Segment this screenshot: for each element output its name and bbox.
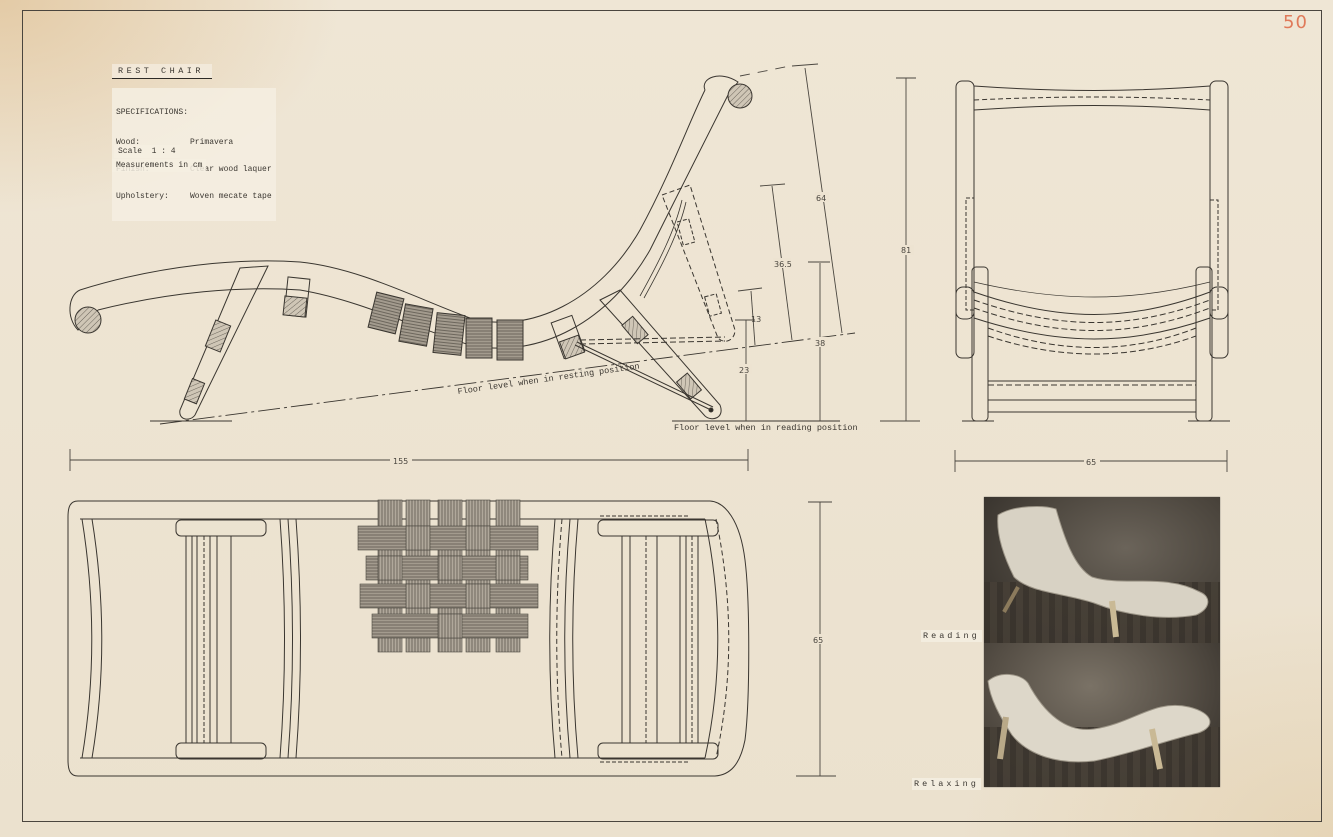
dim-leg-offset: 13 <box>751 315 761 324</box>
side-view-dimensions <box>70 64 842 471</box>
woven-tape-sample <box>358 500 538 652</box>
dim-plan-width: 65 <box>813 636 823 645</box>
photo-label-relaxing: Relaxing <box>912 778 981 790</box>
chair-silhouette-relaxing <box>984 643 1220 787</box>
reading-floor-note: Floor level when in reading position <box>674 423 858 433</box>
chair-reading-position-photo <box>984 497 1220 643</box>
dim-overall-length: 155 <box>393 457 408 466</box>
resting-floor-note: Floor level when in resting position <box>457 362 640 397</box>
dim-mid-height: 36.5 <box>774 260 792 269</box>
photo-label-reading: Reading <box>921 630 982 642</box>
photo-mount <box>984 497 1220 787</box>
chair-silhouette-reading <box>984 497 1220 643</box>
front-view <box>955 81 1230 421</box>
front-view-dimensions <box>880 78 1227 472</box>
chair-relaxing-position-photo <box>984 643 1220 787</box>
drawing-sheet: 50 REST CHAIR SPECIFICATIONS: Wood: Prim… <box>0 0 1333 837</box>
dim-floor-offset: 23 <box>739 366 749 375</box>
dim-seat-height: 38 <box>815 339 825 348</box>
dim-backrest-height: 64 <box>816 194 826 203</box>
side-view <box>70 76 752 419</box>
dim-front-height: 81 <box>901 246 911 255</box>
dim-front-width: 65 <box>1086 458 1096 467</box>
